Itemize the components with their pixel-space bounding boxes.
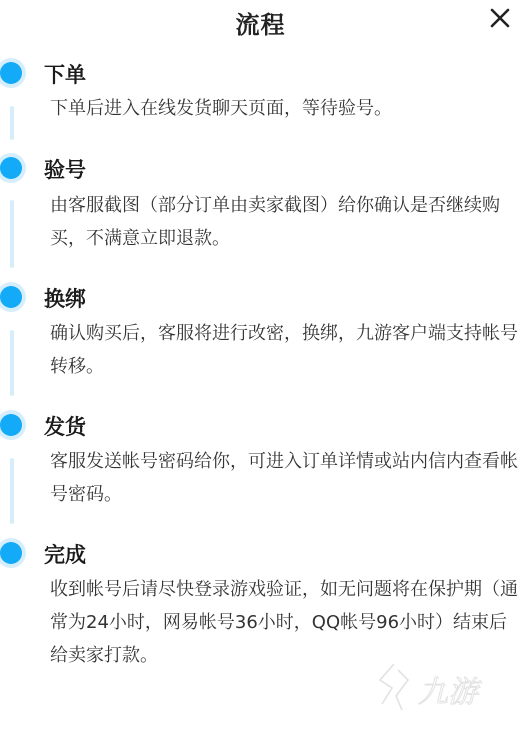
- step-description: 客服发送帐号密码给你，可进入订单详情或站内信内查看帐号密码。: [50, 445, 520, 511]
- close-button[interactable]: [485, 3, 515, 33]
- close-icon: [485, 3, 515, 33]
- watermark-logo: 九游: [372, 660, 492, 716]
- step-dot-icon: [0, 157, 22, 179]
- step-title: 完成: [44, 539, 86, 569]
- step-description: 确认购买后，客服将进行改密，换绑，九游客户端支持帐号转移。: [50, 317, 520, 383]
- step-description: 下单后进入在线发货聊天页面，等待验号。: [50, 92, 520, 125]
- timeline-connector: [10, 200, 14, 268]
- svg-text:九游: 九游: [418, 675, 483, 710]
- step-description: 由客服截图（部分订单由卖家截图）给你确认是否继续购买，不满意立即退款。: [50, 189, 520, 255]
- step-dot-icon: [0, 286, 22, 308]
- step-dot-icon: [0, 62, 22, 84]
- timeline-connector: [10, 330, 14, 396]
- step-title: 换绑: [44, 283, 86, 313]
- dialog-title: 流程: [0, 5, 521, 40]
- step-title: 验号: [44, 154, 86, 184]
- step-title: 下单: [44, 59, 86, 89]
- jiuyou-logo-icon: 九游: [372, 660, 492, 716]
- step-description: 收到帐号后请尽快登录游戏验证，如无问题将在保护期（通常为24小时，网易帐号36小…: [50, 573, 520, 672]
- step-title: 发货: [44, 411, 86, 441]
- step-dot-icon: [0, 414, 22, 436]
- timeline-connector: [10, 458, 14, 524]
- step-dot-icon: [0, 542, 22, 564]
- dialog-header: 流程: [0, 0, 521, 42]
- timeline-connector: [10, 106, 14, 140]
